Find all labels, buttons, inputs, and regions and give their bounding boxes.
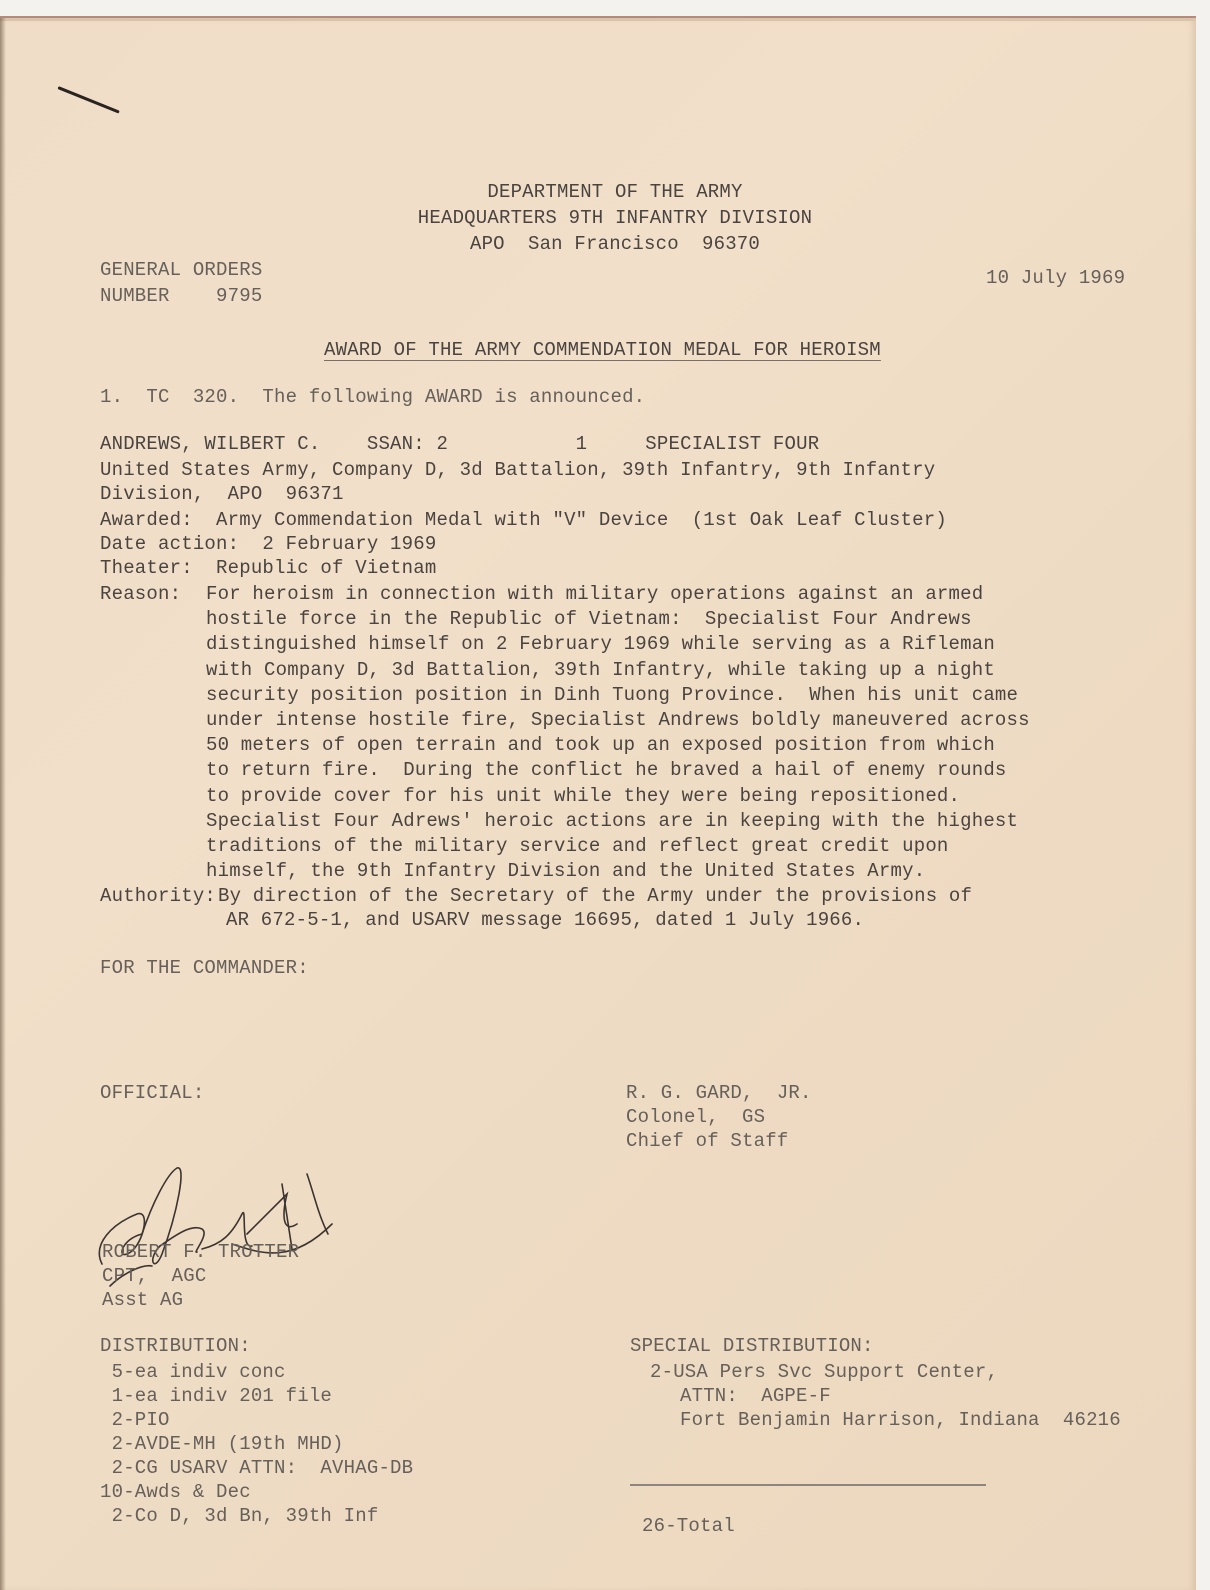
header-apo: APO San Francisco 96370 — [0, 232, 1210, 257]
order-date: 10 July 1969 — [986, 266, 1125, 291]
special-distribution-label: SPECIAL DISTRIBUTION: — [630, 1334, 874, 1359]
reason-line: security position position in Dinh Tuong… — [206, 683, 1018, 708]
reason-line: distinguished himself on 2 February 1969… — [206, 632, 995, 657]
awarded-line: Awarded: Army Commendation Medal with "V… — [100, 508, 947, 533]
distribution-item: 2-PIO — [100, 1408, 170, 1433]
theater-line: Theater: Republic of Vietnam — [100, 556, 436, 581]
reason-line: under intense hostile fire, Specialist A… — [206, 708, 1030, 733]
commander-name: R. G. GARD, JR. — [626, 1081, 812, 1106]
special-distribution-line1: 2-USA Pers Svc Support Center, — [650, 1360, 998, 1385]
reason-line: with Company D, 3d Battalion, 39th Infan… — [206, 658, 995, 683]
commander-rank: Colonel, GS — [626, 1105, 765, 1130]
divider-line — [630, 1484, 986, 1486]
reason-label: Reason: — [100, 582, 181, 607]
distribution-total: 26-Total — [642, 1514, 735, 1539]
authority-line2: AR 672-5-1, and USARV message 16695, dat… — [226, 908, 864, 933]
signer-title: Asst AG — [102, 1288, 183, 1313]
reason-line: himself, the 9th Infantry Division and t… — [206, 859, 925, 884]
special-distribution-line2: ATTN: AGPE-F — [680, 1384, 831, 1409]
distribution-item: 1-ea indiv 201 file — [100, 1384, 332, 1409]
distribution-item: 10-Awds & Dec — [100, 1480, 251, 1505]
distribution-item: 2-CG USARV ATTN: AVHAG-DB — [100, 1456, 413, 1481]
authority-line1: By direction of the Secretary of the Arm… — [218, 884, 972, 909]
reason-line: 50 meters of open terrain and took up an… — [206, 733, 995, 758]
paragraph-1: 1. TC 320. The following AWARD is announ… — [100, 385, 645, 410]
reason-line: hostile force in the Republic of Vietnam… — [206, 607, 972, 632]
official-label: OFFICIAL: — [100, 1081, 204, 1106]
recipient-name-line: ANDREWS, WILBERT C. SSAN: 2 1 SPECIALIST… — [100, 432, 819, 457]
reason-line: For heroism in connection with military … — [206, 582, 983, 607]
reason-line: to return fire. During the conflict he b… — [206, 758, 1007, 783]
commander-title: Chief of Staff — [626, 1129, 788, 1154]
header-headquarters: HEADQUARTERS 9TH INFANTRY DIVISION — [0, 206, 1210, 231]
distribution-label: DISTRIBUTION: — [100, 1334, 251, 1359]
recipient-unit-line2: Division, APO 96371 — [100, 482, 344, 507]
distribution-item: 5-ea indiv conc — [100, 1360, 286, 1385]
reason-line: to provide cover for his unit while they… — [206, 784, 960, 809]
document-page: DEPARTMENT OF THE ARMY HEADQUARTERS 9TH … — [0, 16, 1196, 1590]
distribution-item: 2-Co D, 3d Bn, 39th Inf — [100, 1504, 378, 1529]
general-orders-label: GENERAL ORDERS — [100, 258, 262, 283]
signer-rank: CPT, AGC — [102, 1264, 206, 1289]
header-department: DEPARTMENT OF THE ARMY — [0, 180, 1210, 205]
reason-line: traditions of the military service and r… — [206, 834, 949, 859]
distribution-item: 2-AVDE-MH (19th MHD) — [100, 1432, 344, 1457]
authority-label: Authority: — [100, 884, 216, 909]
document-title: AWARD OF THE ARMY COMMENDATION MEDAL FOR… — [324, 338, 881, 363]
pencil-mark — [57, 86, 119, 114]
for-the-commander: FOR THE COMMANDER: — [100, 956, 309, 981]
recipient-unit-line1: United States Army, Company D, 3d Battal… — [100, 458, 935, 483]
signer-name: ROBERT F. TROTTER — [102, 1240, 299, 1265]
special-distribution-line3: Fort Benjamin Harrison, Indiana 46216 — [680, 1408, 1121, 1433]
order-number: NUMBER 9795 — [100, 284, 262, 309]
date-action-line: Date action: 2 February 1969 — [100, 532, 436, 557]
reason-line: Specialist Four Adrews' heroic actions a… — [206, 809, 1018, 834]
